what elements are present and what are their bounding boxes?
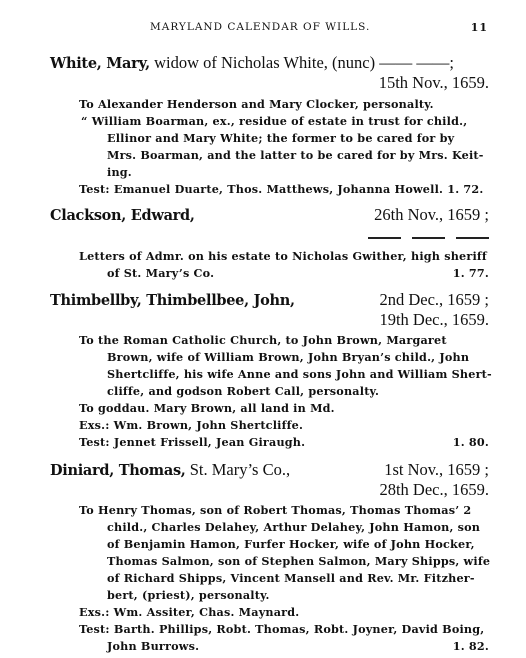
entry-text-line: Mrs. Boarman, and the latter to be cared… — [107, 148, 484, 162]
entry-text-line: child., Charles Delahey, Arthur Delahey,… — [107, 520, 480, 534]
entry-date-2: 28th Dec., 1659. — [379, 480, 489, 500]
bold-name: Mary Brown, — [154, 401, 237, 415]
entry-text-line: bert, (priest), personalty. — [107, 588, 270, 602]
entry-text-line: Thomas Salmon, son of Stephen Salmon, Ma… — [107, 554, 490, 568]
entry-heading: Clackson, Edward, — [50, 205, 195, 225]
entry-name: Thimbellby, Thimbellbee, John, — [50, 292, 295, 309]
entry-text-line: Test: Emanuel Duarte, Thos. Matthews, Jo… — [79, 182, 483, 196]
liber-folio: 1. 80. — [453, 435, 489, 449]
bold-name: Ellinor — [107, 131, 151, 145]
entry-text-line: Shertcliffe, his wife Anne and sons John… — [107, 367, 492, 381]
entry-name: Diniard, Thomas, — [50, 462, 186, 479]
entry-text-line: Exs.: Wm. Brown, John Shertcliffe. — [79, 418, 303, 432]
entry-description: St. Mary’s Co., — [186, 460, 291, 479]
entry-text-line: of Benjamin Hamon, Furfer Hocker, wife o… — [107, 537, 475, 551]
liber-folio: 1. 77. — [453, 266, 489, 280]
liber-folio: 1. 82. — [453, 639, 489, 653]
running-title: MARYLAND CALENDAR OF WILLS. — [150, 21, 370, 33]
entry-text-line: Letters of Admr. on his estate to Nichol… — [79, 249, 487, 263]
bold-name: Mary White — [183, 131, 258, 145]
entry-text-line: Ellinor and Mary White; the former to be… — [107, 131, 454, 145]
entry-text-line: of St. Mary’s Co. — [107, 266, 214, 280]
entry-text-line: To goddau. Mary Brown, all land in Md. — [79, 401, 335, 415]
entry-date: 15th Nov., 1659. — [379, 73, 489, 93]
entry-text-line: John Burrows. — [107, 639, 199, 653]
entry-date-2: 19th Dec., 1659. — [379, 310, 489, 330]
entry-text-line: Brown, wife of William Brown, John Bryan… — [107, 350, 469, 364]
entry-heading: Thimbellby, Thimbellbee, John, — [50, 290, 295, 310]
entry-text-line: cliffe, and godson Robert Call, personal… — [107, 384, 379, 398]
blank-dash — [368, 237, 401, 239]
blank-dash — [456, 237, 489, 239]
page-number: 11 — [471, 21, 488, 34]
entry-heading: White, Mary, widow of Nicholas White, (n… — [50, 53, 454, 73]
entry-name: Clackson, Edward, — [50, 207, 195, 224]
entry-text-line: of Richard Shipps, Vincent Mansell and R… — [107, 571, 475, 585]
entry-text-line: To Alexander Henderson and Mary Clocker,… — [79, 97, 434, 111]
entry-text-line: Exs.: Wm. Assiter, Chas. Maynard. — [79, 605, 299, 619]
entry-date: 26th Nov., 1659 ; — [374, 205, 489, 225]
entry-heading: Diniard, Thomas, St. Mary’s Co., — [50, 460, 290, 480]
entry-text-line: Test: Jennet Frissell, Jean Giraugh. — [79, 435, 305, 449]
entry-name: White, Mary, — [50, 55, 150, 72]
book-page: MARYLAND CALENDAR OF WILLS. 11 White, Ma… — [0, 0, 526, 658]
entry-text-line: ing. — [107, 165, 132, 179]
entry-date: 1st Nov., 1659 ; — [384, 460, 489, 480]
blank-dash — [412, 237, 445, 239]
entry-text-line: To Henry Thomas, son of Robert Thomas, T… — [79, 503, 471, 517]
entry-text-line: Test: Barth. Phillips, Robt. Thomas, Rob… — [79, 622, 484, 636]
bold-name: Robert Call — [227, 384, 301, 398]
entry-date: 2nd Dec., 1659 ; — [379, 290, 489, 310]
entry-text-line: To the Roman Catholic Church, to John Br… — [79, 333, 447, 347]
entry-description: widow of Nicholas White, (nunc) —— ——; — [150, 53, 454, 72]
entry-text-line: “ William Boarman, ex., residue of estat… — [81, 114, 467, 128]
